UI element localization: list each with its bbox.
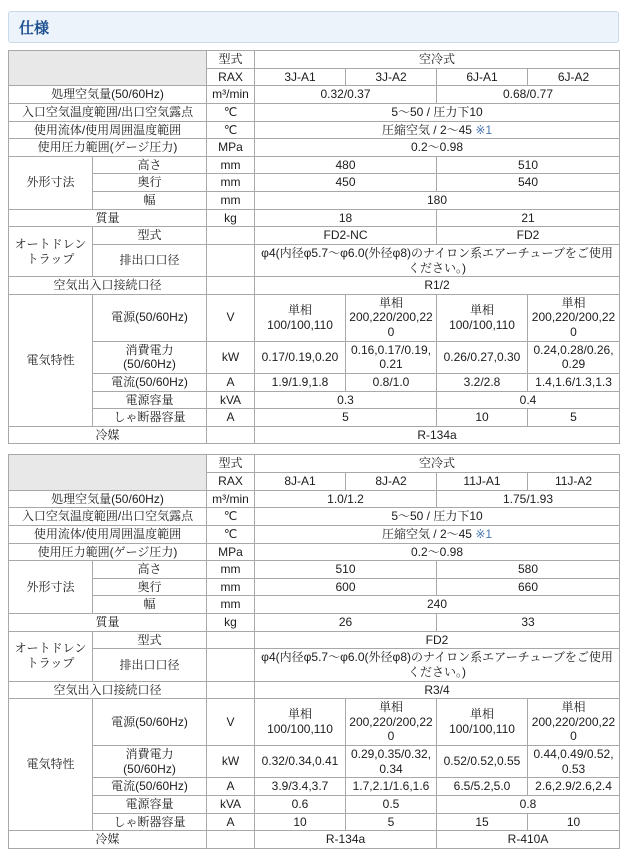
table-row: オートドレントラップ型式FD2 [9, 631, 620, 649]
table-row: 電源容量kVA0.60.50.8 [9, 795, 620, 813]
value-cell: 10 [528, 813, 620, 831]
model-name-header: 11J-A2 [528, 473, 620, 491]
value-cell: 0.32/0.37 [255, 86, 437, 104]
value-cell: 3.9/3.4,3.7 [255, 778, 346, 796]
unit-cell: mm [207, 174, 255, 192]
row-group-label: 電気特性 [9, 294, 93, 426]
value-cell: φ4(内径φ5.7〜φ6.0(外径φ8)のナイロン系エアーチューブをご使用くださ… [255, 244, 620, 276]
row-label: 電流(50/60Hz) [93, 373, 207, 391]
value-cell: R-410A [437, 831, 620, 849]
value-cell: 1.9/1.9,1.8 [255, 373, 346, 391]
unit-cell: mm [207, 596, 255, 614]
unit-cell: kW [207, 746, 255, 778]
unit-cell: kg [207, 614, 255, 632]
unit-cell: ℃ [207, 508, 255, 526]
value-cell: φ4(内径φ5.7〜φ6.0(外径φ8)のナイロン系エアーチューブをご使用くださ… [255, 649, 620, 681]
cooling-type-header: 空冷式 [255, 455, 620, 473]
row-label: 空気出入口接続口径 [9, 277, 207, 295]
value-cell: 510 [255, 561, 437, 579]
unit-cell [207, 426, 255, 444]
row-label: 処理空気量(50/60Hz) [9, 86, 207, 104]
value-cell: FD2 [437, 227, 620, 245]
unit-cell: kg [207, 209, 255, 227]
row-label: 空気出入口接続口径 [9, 681, 207, 699]
value-cell: 0.4 [437, 391, 620, 409]
row-group-label: オートドレントラップ [9, 227, 93, 277]
row-label: 幅 [93, 192, 207, 210]
table-row: オートドレントラップ型式FD2-NCFD2 [9, 227, 620, 245]
value-cell: 0.6 [255, 795, 346, 813]
table-row: 質量kg2633 [9, 614, 620, 632]
row-group-label: 外形寸法 [9, 561, 93, 614]
value-cell: 1.0/1.2 [255, 490, 437, 508]
value-cell: 単相 100/100,110 [437, 294, 528, 341]
value-cell: 0.8/1.0 [346, 373, 437, 391]
unit-cell: mm [207, 561, 255, 579]
value-cell: 0.17/0.19,0.20 [255, 341, 346, 373]
value-cell: 450 [255, 174, 437, 192]
series-name-header: RAX [207, 473, 255, 491]
value-cell: 0.5 [346, 795, 437, 813]
value-cell: 0.44,0.49/0.52,0.53 [528, 746, 620, 778]
model-name-header: 3J-A2 [346, 68, 437, 86]
unit-cell [207, 227, 255, 245]
row-group-label: 電気特性 [9, 699, 93, 831]
value-cell: 単相 200,220/200,220 [346, 699, 437, 746]
value-cell: 0.52/0.52,0.55 [437, 746, 528, 778]
row-label: 使用流体/使用周囲温度範囲 [9, 525, 207, 543]
row-label: 型式 [93, 631, 207, 649]
spec-page: 仕様 型式空冷式RAX3J-A13J-A26J-A16J-A2処理空気量(50/… [8, 11, 619, 849]
model-name-header: 8J-A1 [255, 473, 346, 491]
table-row: 外形寸法高さmm480510 [9, 156, 620, 174]
unit-cell [207, 244, 255, 276]
value-cell: 0.29,0.35/0.32,0.34 [346, 746, 437, 778]
table-row: 冷媒R-134aR-410A [9, 831, 620, 849]
table-row: 消費電力 (50/60Hz)kW0.32/0.34,0.410.29,0.35/… [9, 746, 620, 778]
row-label: 冷媒 [9, 426, 207, 444]
value-cell: 圧縮空気 / 2〜45 ※1 [255, 525, 620, 543]
table-row: 空気出入口接続口径R1/2 [9, 277, 620, 295]
table-row: 使用流体/使用周囲温度範囲℃圧縮空気 / 2〜45 ※1 [9, 525, 620, 543]
table-row: 奥行mm450540 [9, 174, 620, 192]
unit-cell: MPa [207, 139, 255, 157]
value-cell: 単相 200,220/200,220 [528, 294, 620, 341]
row-label: 高さ [93, 561, 207, 579]
value-cell: 0.68/0.77 [437, 86, 620, 104]
value-cell: R3/4 [255, 681, 620, 699]
row-label: 電流(50/60Hz) [93, 778, 207, 796]
value-cell: 180 [255, 192, 620, 210]
row-label: 型式 [93, 227, 207, 245]
value-cell: 580 [437, 561, 620, 579]
table-row: 電源容量kVA0.30.4 [9, 391, 620, 409]
spec-table-rax-3j-6j: 型式空冷式RAX3J-A13J-A26J-A16J-A2処理空気量(50/60H… [8, 50, 620, 444]
value-cell: R-134a [255, 831, 437, 849]
table-row: 空気出入口接続口径R3/4 [9, 681, 620, 699]
table-row: 入口空気温度範囲/出口空気露点℃5〜50 / 圧力下10 [9, 103, 620, 121]
value-cell: 圧縮空気 / 2〜45 ※1 [255, 121, 620, 139]
unit-cell: m³/min [207, 490, 255, 508]
unit-cell: A [207, 373, 255, 391]
corner-cell [9, 455, 207, 490]
value-cell: 0.2〜0.98 [255, 139, 620, 157]
table-row: 使用圧力範囲(ゲージ圧力)MPa0.2〜0.98 [9, 543, 620, 561]
table-row: 幅mm240 [9, 596, 620, 614]
value-cell: FD2 [255, 631, 620, 649]
model-type-header: 型式 [207, 51, 255, 69]
series-name-header: RAX [207, 68, 255, 86]
unit-cell: V [207, 699, 255, 746]
model-name-header: 11J-A1 [437, 473, 528, 491]
value-cell: 0.24,0.28/0.26,0.29 [528, 341, 620, 373]
row-label: 排出口口径 [93, 649, 207, 681]
unit-cell: kVA [207, 795, 255, 813]
unit-cell: mm [207, 156, 255, 174]
unit-cell: ℃ [207, 121, 255, 139]
unit-cell: mm [207, 192, 255, 210]
value-cell: 600 [255, 578, 437, 596]
value-cell: 1.4,1.6/1.3,1.3 [528, 373, 620, 391]
row-label: 入口空気温度範囲/出口空気露点 [9, 508, 207, 526]
value-cell: 単相 100/100,110 [437, 699, 528, 746]
value-cell: 18 [255, 209, 437, 227]
row-label: 幅 [93, 596, 207, 614]
table-row: 使用流体/使用周囲温度範囲℃圧縮空気 / 2〜45 ※1 [9, 121, 620, 139]
value-cell: 2.6,2.9/2.6,2.4 [528, 778, 620, 796]
model-type-header: 型式 [207, 455, 255, 473]
model-name-header: 3J-A1 [255, 68, 346, 86]
row-label: しゃ断器容量 [93, 813, 207, 831]
value-cell: 26 [255, 614, 437, 632]
table-row: 消費電力 (50/60Hz)kW0.17/0.19,0.200.16,0.17/… [9, 341, 620, 373]
row-label: 入口空気温度範囲/出口空気露点 [9, 103, 207, 121]
value-cell: 5 [528, 409, 620, 427]
value-cell: 0.2〜0.98 [255, 543, 620, 561]
row-label: 奥行 [93, 174, 207, 192]
row-label: 質量 [9, 614, 207, 632]
value-cell: 0.32/0.34,0.41 [255, 746, 346, 778]
row-label: 質量 [9, 209, 207, 227]
value-cell: 単相 100/100,110 [255, 699, 346, 746]
table-row: 電流(50/60Hz)A1.9/1.9,1.80.8/1.03.2/2.81.4… [9, 373, 620, 391]
table-row: しゃ断器容量A1051510 [9, 813, 620, 831]
row-label: 処理空気量(50/60Hz) [9, 490, 207, 508]
table-row: 処理空気量(50/60Hz)m³/min0.32/0.370.68/0.77 [9, 86, 620, 104]
model-name-header: 6J-A2 [528, 68, 620, 86]
table-row: 使用圧力範囲(ゲージ圧力)MPa0.2〜0.98 [9, 139, 620, 157]
value-cell: 1.75/1.93 [437, 490, 620, 508]
value-cell: 5〜50 / 圧力下10 [255, 508, 620, 526]
unit-cell: kW [207, 341, 255, 373]
unit-cell: kVA [207, 391, 255, 409]
value-cell: 6.5/5.2,5.0 [437, 778, 528, 796]
value-cell: 0.26/0.27,0.30 [437, 341, 528, 373]
row-label: 電源容量 [93, 391, 207, 409]
table-row: 電流(50/60Hz)A3.9/3.4,3.71.7,2.1/1.6,1.66.… [9, 778, 620, 796]
model-name-header: 6J-A1 [437, 68, 528, 86]
row-label: 高さ [93, 156, 207, 174]
value-cell: 240 [255, 596, 620, 614]
table-row: 排出口口径φ4(内径φ5.7〜φ6.0(外径φ8)のナイロン系エアーチューブをご… [9, 649, 620, 681]
value-cell: 5 [255, 409, 437, 427]
row-label: 使用圧力範囲(ゲージ圧力) [9, 139, 207, 157]
row-label: 使用圧力範囲(ゲージ圧力) [9, 543, 207, 561]
note-ref-link[interactable]: ※1 [475, 527, 492, 541]
row-label: 電源(50/60Hz) [93, 294, 207, 341]
row-label: 電源(50/60Hz) [93, 699, 207, 746]
corner-cell [9, 51, 207, 86]
value-cell: 540 [437, 174, 620, 192]
table-row: 質量kg1821 [9, 209, 620, 227]
unit-cell: A [207, 813, 255, 831]
row-label: 排出口口径 [93, 244, 207, 276]
row-label: しゃ断器容量 [93, 409, 207, 427]
unit-cell [207, 831, 255, 849]
note-ref-link[interactable]: ※1 [475, 123, 492, 137]
row-label: 消費電力 (50/60Hz) [93, 746, 207, 778]
page-title: 仕様 [8, 11, 619, 43]
table-row: 電気特性電源(50/60Hz)V単相 100/100,110単相 200,220… [9, 699, 620, 746]
unit-cell [207, 277, 255, 295]
value-cell: FD2-NC [255, 227, 437, 245]
cooling-type-header: 空冷式 [255, 51, 620, 69]
value-cell: 480 [255, 156, 437, 174]
unit-cell: ℃ [207, 103, 255, 121]
unit-cell [207, 649, 255, 681]
unit-cell [207, 631, 255, 649]
value-cell: 0.3 [255, 391, 437, 409]
table-row: 入口空気温度範囲/出口空気露点℃5〜50 / 圧力下10 [9, 508, 620, 526]
value-cell: 10 [255, 813, 346, 831]
value-cell: 33 [437, 614, 620, 632]
unit-cell: mm [207, 578, 255, 596]
row-label: 使用流体/使用周囲温度範囲 [9, 121, 207, 139]
row-group-label: 外形寸法 [9, 156, 93, 209]
row-group-label: オートドレントラップ [9, 631, 93, 681]
value-cell: R-134a [255, 426, 620, 444]
unit-cell: ℃ [207, 525, 255, 543]
table-row: しゃ断器容量A5105 [9, 409, 620, 427]
table-row: 処理空気量(50/60Hz)m³/min1.0/1.21.75/1.93 [9, 490, 620, 508]
model-name-header: 8J-A2 [346, 473, 437, 491]
value-cell: 0.8 [437, 795, 620, 813]
value-cell: 5〜50 / 圧力下10 [255, 103, 620, 121]
unit-cell: m³/min [207, 86, 255, 104]
value-cell: 単相 200,220/200,220 [346, 294, 437, 341]
value-cell: 15 [437, 813, 528, 831]
table-row: 排出口口径φ4(内径φ5.7〜φ6.0(外径φ8)のナイロン系エアーチューブをご… [9, 244, 620, 276]
value-cell: 10 [437, 409, 528, 427]
value-cell: 660 [437, 578, 620, 596]
value-cell: 21 [437, 209, 620, 227]
table-row: 電気特性電源(50/60Hz)V単相 100/100,110単相 200,220… [9, 294, 620, 341]
unit-cell: A [207, 409, 255, 427]
row-label: 電源容量 [93, 795, 207, 813]
value-cell: 510 [437, 156, 620, 174]
value-cell: 単相 100/100,110 [255, 294, 346, 341]
spec-table-rax-8j-11j: 型式空冷式RAX8J-A18J-A211J-A111J-A2処理空気量(50/6… [8, 454, 620, 848]
unit-cell [207, 681, 255, 699]
row-label: 奥行 [93, 578, 207, 596]
row-label: 冷媒 [9, 831, 207, 849]
table-row: 冷媒R-134a [9, 426, 620, 444]
value-cell: 5 [346, 813, 437, 831]
row-label: 消費電力 (50/60Hz) [93, 341, 207, 373]
value-cell: R1/2 [255, 277, 620, 295]
value-cell: 単相 200,220/200,220 [528, 699, 620, 746]
unit-cell: MPa [207, 543, 255, 561]
table-row: 外形寸法高さmm510580 [9, 561, 620, 579]
value-cell: 0.16,0.17/0.19,0.21 [346, 341, 437, 373]
value-cell: 3.2/2.8 [437, 373, 528, 391]
unit-cell: A [207, 778, 255, 796]
table-row: 幅mm180 [9, 192, 620, 210]
table-row: 奥行mm600660 [9, 578, 620, 596]
unit-cell: V [207, 294, 255, 341]
value-cell: 1.7,2.1/1.6,1.6 [346, 778, 437, 796]
